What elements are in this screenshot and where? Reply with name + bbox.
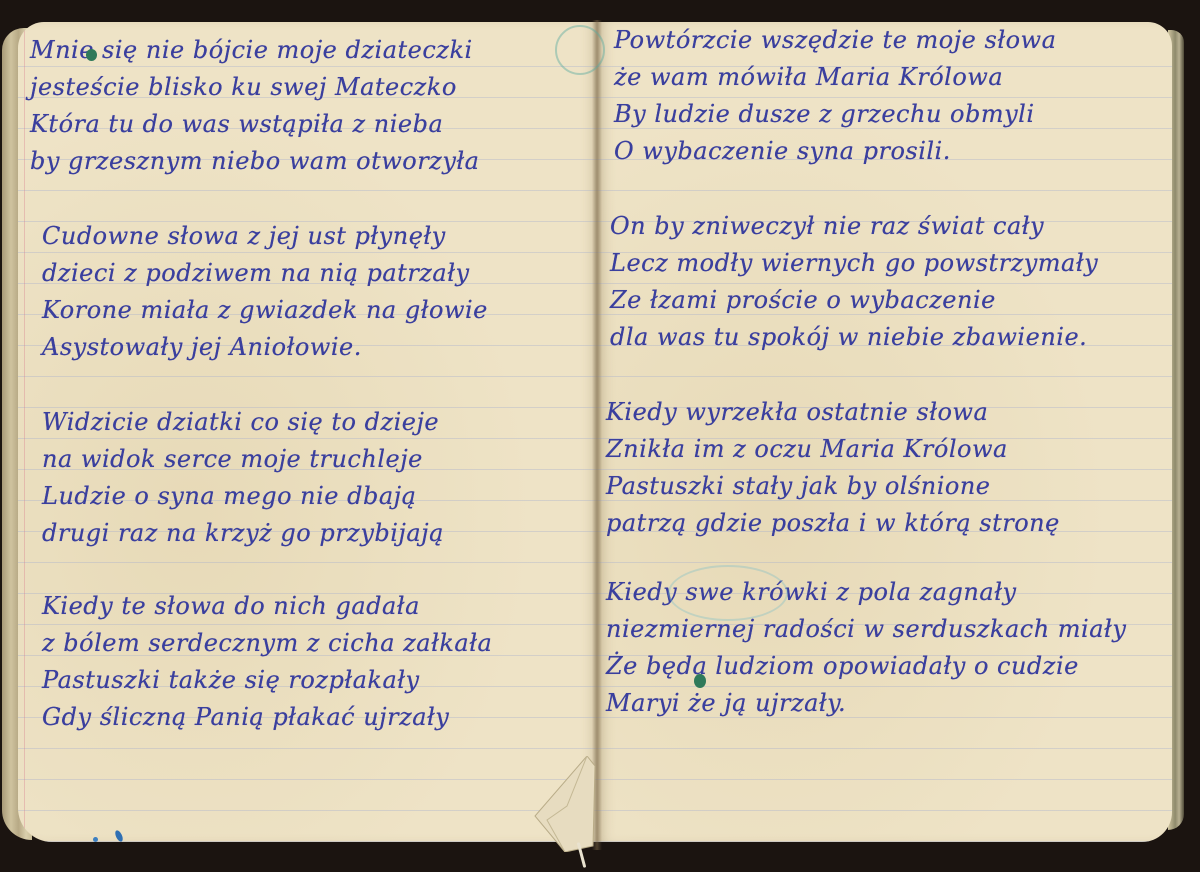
verse-line: drugi raz na krzyż go przybijają <box>42 515 444 552</box>
verse-line: Kiedy te słowa do nich gadała <box>42 588 492 625</box>
verse-line: niezmiernej radości w serduszkach miały <box>606 611 1126 648</box>
verse-line: Że będą ludziom opowiadały o cudzie <box>606 648 1126 685</box>
verse-line: Lecz modły wiernych go powstrzymały <box>610 245 1098 282</box>
verse-line: Ze łzami proście o wybaczenie <box>610 282 1098 319</box>
verse-line: O wybaczenie syna prosili. <box>614 133 1056 170</box>
notebook-spread: Mnie się nie bójcie moje dziateczki jest… <box>0 0 1200 872</box>
verse-line: z bólem serdecznym z cicha załkała <box>42 625 492 662</box>
right-page: Powtórzcie wszędzie te moje słowa że wam… <box>598 22 1172 842</box>
verse-line: Widzicie dziatki co się to dzieje <box>42 404 444 441</box>
ink-blot <box>86 49 97 61</box>
verse-line: Ludzie o syna mego nie dbają <box>42 478 444 515</box>
stanza-7: Kiedy wyrzekła ostatnie słowa Znikła im … <box>606 394 1060 542</box>
faded-stamp <box>555 25 605 75</box>
verse-line: jesteście blisko ku swej Mateczko <box>30 69 479 106</box>
stanza-4: Kiedy te słowa do nich gadała z bólem se… <box>42 588 492 736</box>
folded-torn-corner <box>527 756 597 852</box>
left-page: Mnie się nie bójcie moje dziateczki jest… <box>18 22 598 842</box>
verse-line: Asystowały jej Aniołowie. <box>42 329 488 366</box>
stanza-3: Widzicie dziatki co się to dzieje na wid… <box>42 404 444 552</box>
verse-line: na widok serce moje truchleje <box>42 441 444 478</box>
stanza-1: Mnie się nie bójcie moje dziateczki jest… <box>30 32 479 180</box>
faded-stamp <box>668 565 788 621</box>
verse-line: dzieci z podziwem na nią patrzały <box>42 255 488 292</box>
verse-line: Powtórzcie wszędzie te moje słowa <box>614 22 1056 59</box>
spine-crease <box>592 20 602 850</box>
verse-line: By ludzie dusze z grzechu obmyli <box>614 96 1056 133</box>
verse-line: Pastuszki także się rozpłakały <box>42 662 492 699</box>
verse-line: Pastuszki stały jak by olśnione <box>606 468 1060 505</box>
verse-line: On by zniweczył nie raz świat cały <box>610 208 1098 245</box>
ink-blot <box>93 837 98 842</box>
verse-line: by grzesznym niebo wam otworzyła <box>30 143 479 180</box>
verse-line: Która tu do was wstąpiła z nieba <box>30 106 479 143</box>
verse-line: Kiedy wyrzekła ostatnie słowa <box>606 394 1060 431</box>
verse-line: Znikła im z oczu Maria Królowa <box>606 431 1060 468</box>
stanza-6: On by zniweczył nie raz świat cały Lecz … <box>610 208 1098 356</box>
verse-line: Maryi że ją ujrzały. <box>606 685 1126 722</box>
verse-line: Korone miała z gwiazdek na głowie <box>42 292 488 329</box>
margin-line <box>24 22 25 842</box>
verse-line: patrzą gdzie poszła i w którą stronę <box>606 505 1060 542</box>
stanza-5: Powtórzcie wszędzie te moje słowa że wam… <box>614 22 1056 170</box>
ink-blot <box>694 674 706 688</box>
verse-line: Cudowne słowa z jej ust płynęły <box>42 218 488 255</box>
verse-line: że wam mówiła Maria Królowa <box>614 59 1056 96</box>
verse-line: Mnie się nie bójcie moje dziateczki <box>30 32 479 69</box>
stanza-2: Cudowne słowa z jej ust płynęły dzieci z… <box>42 218 488 366</box>
verse-line: Gdy śliczną Panią płakać ujrzały <box>42 699 492 736</box>
verse-line: dla was tu spokój w niebie zbawienie. <box>610 319 1098 356</box>
